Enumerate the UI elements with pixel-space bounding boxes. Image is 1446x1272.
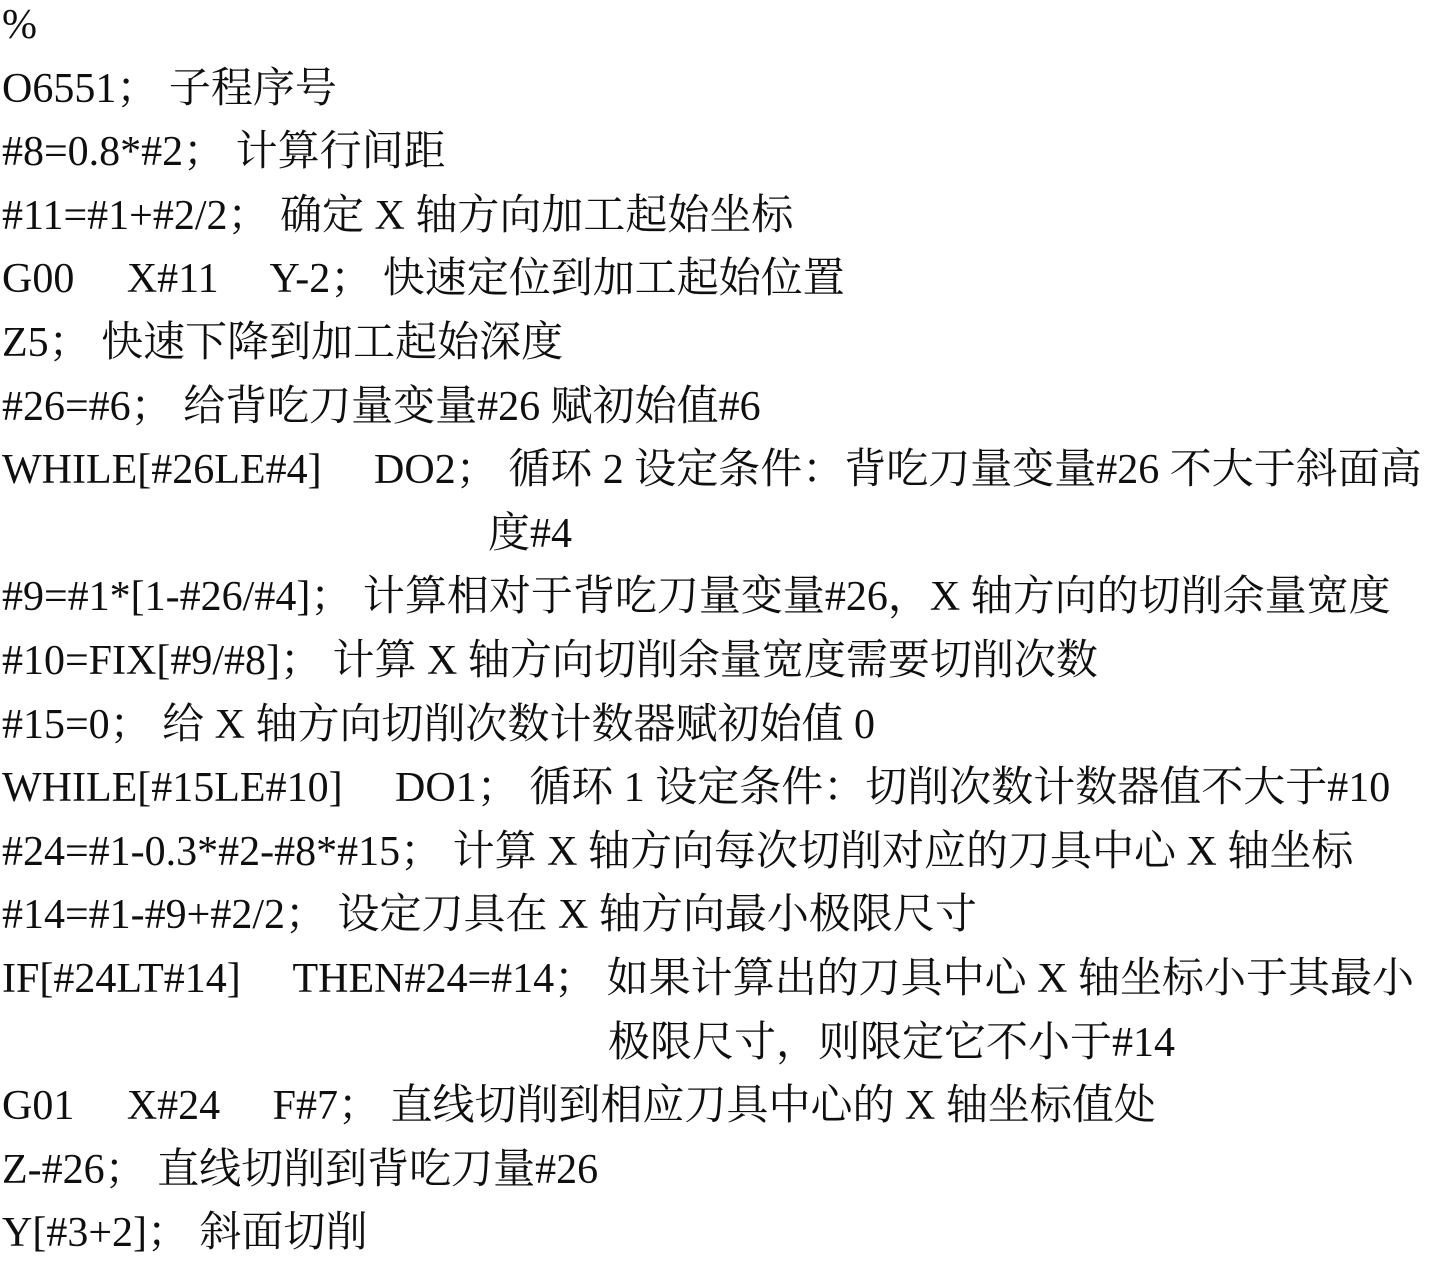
code-line-percent-start: % xyxy=(0,0,1446,58)
code-line: G00 X#11 Y-2； 快速定位到加工起始位置 xyxy=(0,248,1446,312)
code-line: G01 X#24 F#7； 直线切削到相应刀具中心的 X 轴坐标值处 xyxy=(0,1075,1446,1139)
code-line-program-number: O6551； 子程序号 xyxy=(0,58,1446,122)
code-line: Z5； 快速下降到加工起始深度 xyxy=(0,312,1446,376)
code-line-continuation: 极限尺寸，则限定它不小于#14 xyxy=(0,1012,1446,1076)
code-line-if-condition: IF[#24LT#14] THEN#24=#14； 如果计算出的刀具中心 X 轴… xyxy=(0,948,1446,1012)
code-line-while-loop1: WHILE[#15LE#10] DO1； 循环 1 设定条件：切削次数计数器值不… xyxy=(0,757,1446,821)
document-page: % O6551； 子程序号 #8=0.8*#2； 计算行间距 #11=#1+#2… xyxy=(0,0,1446,1266)
cnc-program-listing: % O6551； 子程序号 #8=0.8*#2； 计算行间距 #11=#1+#2… xyxy=(0,0,1446,1266)
code-line: #14=#1-#9+#2/2； 设定刀具在 X 轴方向最小极限尺寸 xyxy=(0,884,1446,948)
code-line: #10=FIX[#9/#8]； 计算 X 轴方向切削余量宽度需要切削次数 xyxy=(0,630,1446,694)
code-line: #15=0； 给 X 轴方向切削次数计数器赋初始值 0 xyxy=(0,694,1446,758)
code-line-continuation: 度#4 xyxy=(0,503,1446,567)
code-line: #26=#6； 给背吃刀量变量#26 赋初始值#6 xyxy=(0,376,1446,440)
code-line: Z-#26； 直线切削到背吃刀量#26 xyxy=(0,1139,1446,1203)
code-line: #8=0.8*#2； 计算行间距 xyxy=(0,121,1446,185)
code-line: #9=#1*[1-#26/#4]； 计算相对于背吃刀量变量#26，X 轴方向的切… xyxy=(0,566,1446,630)
code-line-while-loop2: WHILE[#26LE#4] DO2； 循环 2 设定条件：背吃刀量变量#26 … xyxy=(0,439,1446,503)
code-line: Y[#3+2]； 斜面切削 xyxy=(0,1202,1446,1266)
code-line: #24=#1-0.3*#2-#8*#15； 计算 X 轴方向每次切削对应的刀具中… xyxy=(0,821,1446,885)
code-line: #11=#1+#2/2； 确定 X 轴方向加工起始坐标 xyxy=(0,185,1446,249)
